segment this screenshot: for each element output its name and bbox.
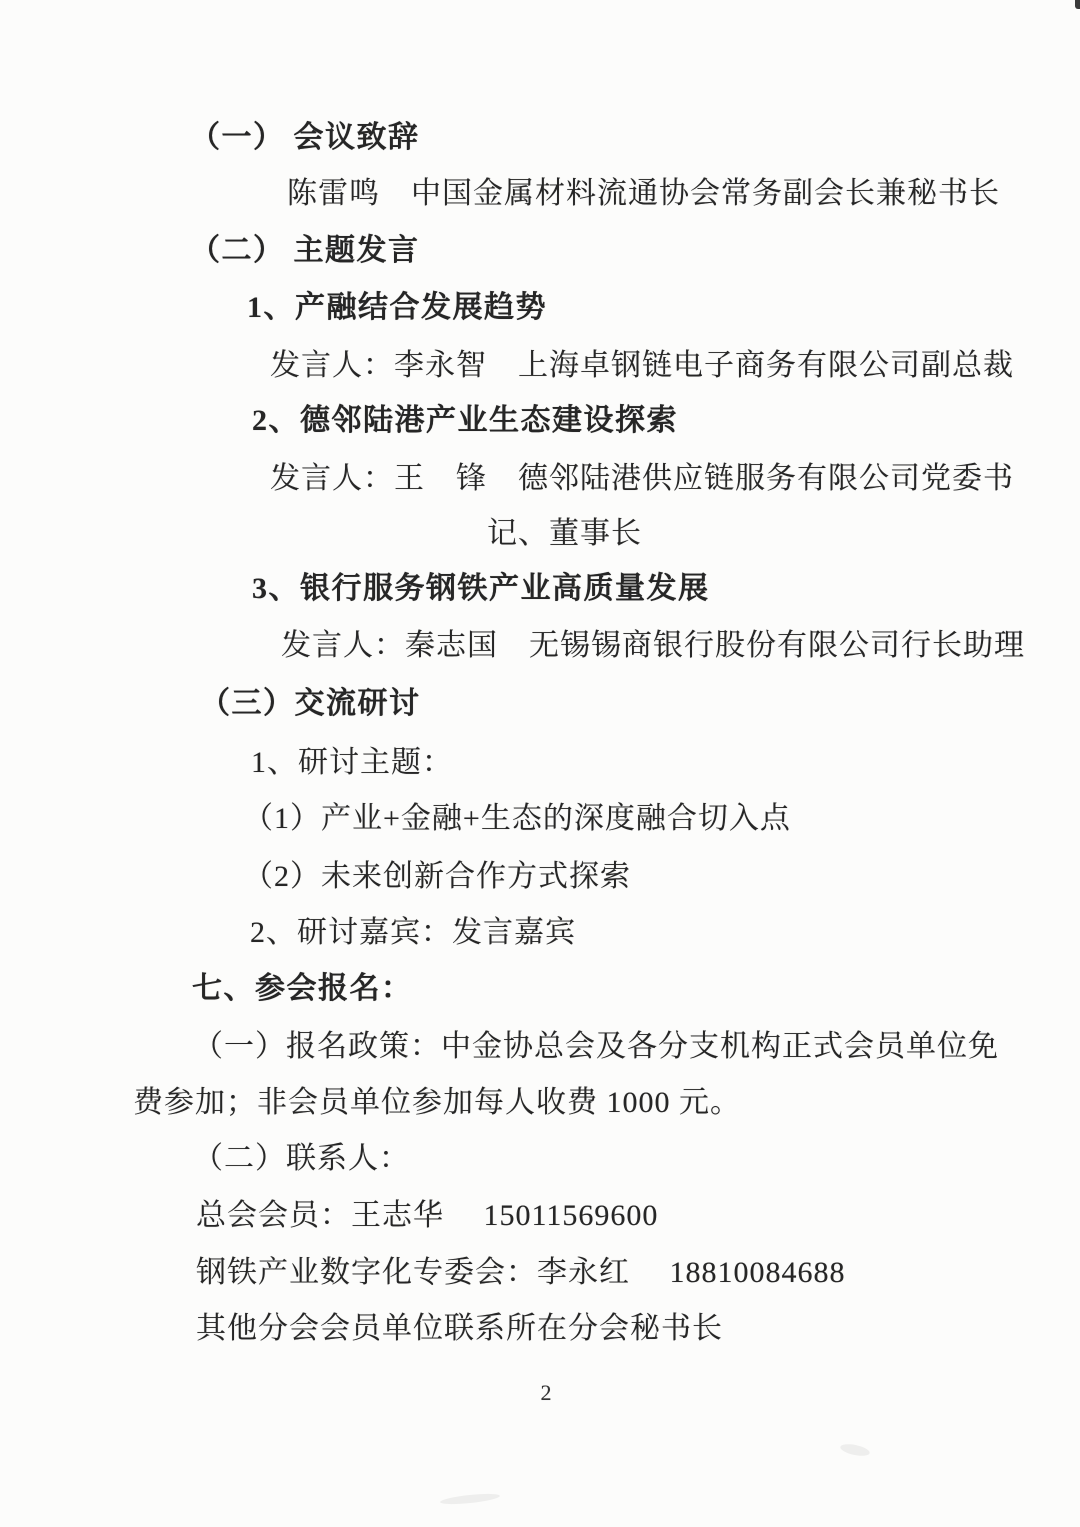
contact-headquarters-member: 总会会员：王志华 15011569600 — [196, 1198, 658, 1234]
contacts-label: （二）联系人： — [193, 1141, 410, 1177]
topic-3-title: 3、银行服务钢铁产业高质量发展 — [252, 571, 710, 607]
opening-speaker-title: 陈雷鸣 中国金属材料流通协会常务副会长兼秘书长 — [287, 176, 1000, 212]
registration-policy-line1: （一）报名政策：中金协总会及各分支机构正式会员单位免 — [193, 1029, 999, 1065]
section-heading-keynote-speeches: （二） 主题发言 — [190, 233, 420, 269]
scan-smudge — [839, 1442, 870, 1458]
contact-other-branches: 其他分会会员单位联系所在分会秘书长 — [196, 1311, 723, 1347]
topic-1-title: 1、产融结合发展趋势 — [247, 290, 547, 326]
section-heading-opening-remarks: （一） 会议致辞 — [190, 120, 420, 156]
discussion-topics-label: 1、研讨主题： — [251, 745, 453, 781]
topic-2-title: 2、德邻陆港产业生态建设探索 — [252, 403, 678, 439]
contact-steel-digital-committee: 钢铁产业数字化专委会：李永红 18810084688 — [196, 1255, 846, 1291]
registration-policy-line2: 费参加；非会员单位参加每人收费 1000 元。 — [133, 1085, 741, 1121]
section-heading-registration: 七、参会报名： — [192, 971, 413, 1007]
scanned-document-page: （一） 会议致辞 陈雷鸣 中国金属材料流通协会常务副会长兼秘书长 （二） 主题发… — [0, 0, 1080, 1527]
page-number: 2 — [0, 1380, 1080, 1406]
scan-smudge — [440, 1492, 501, 1506]
discussion-topic-1: （1）产业+金融+生态的深度融合切入点 — [243, 801, 791, 837]
section-heading-discussion: （三）交流研讨 — [200, 686, 421, 722]
discussion-guests: 2、研讨嘉宾：发言嘉宾 — [250, 915, 576, 951]
topic-2-speaker-line1: 发言人：王 锋 德邻陆港供应链服务有限公司党委书 — [270, 461, 1014, 497]
topic-2-speaker-line2: 记、董事长 — [487, 516, 642, 552]
topic-3-speaker: 发言人：秦志国 无锡锡商银行股份有限公司行长助理 — [281, 628, 1025, 664]
discussion-topic-2: （2）未来创新合作方式探索 — [243, 859, 631, 895]
scan-artifact-corner — [1075, 0, 1080, 9]
topic-1-speaker: 发言人：李永智 上海卓钢链电子商务有限公司副总裁 — [270, 348, 1014, 384]
